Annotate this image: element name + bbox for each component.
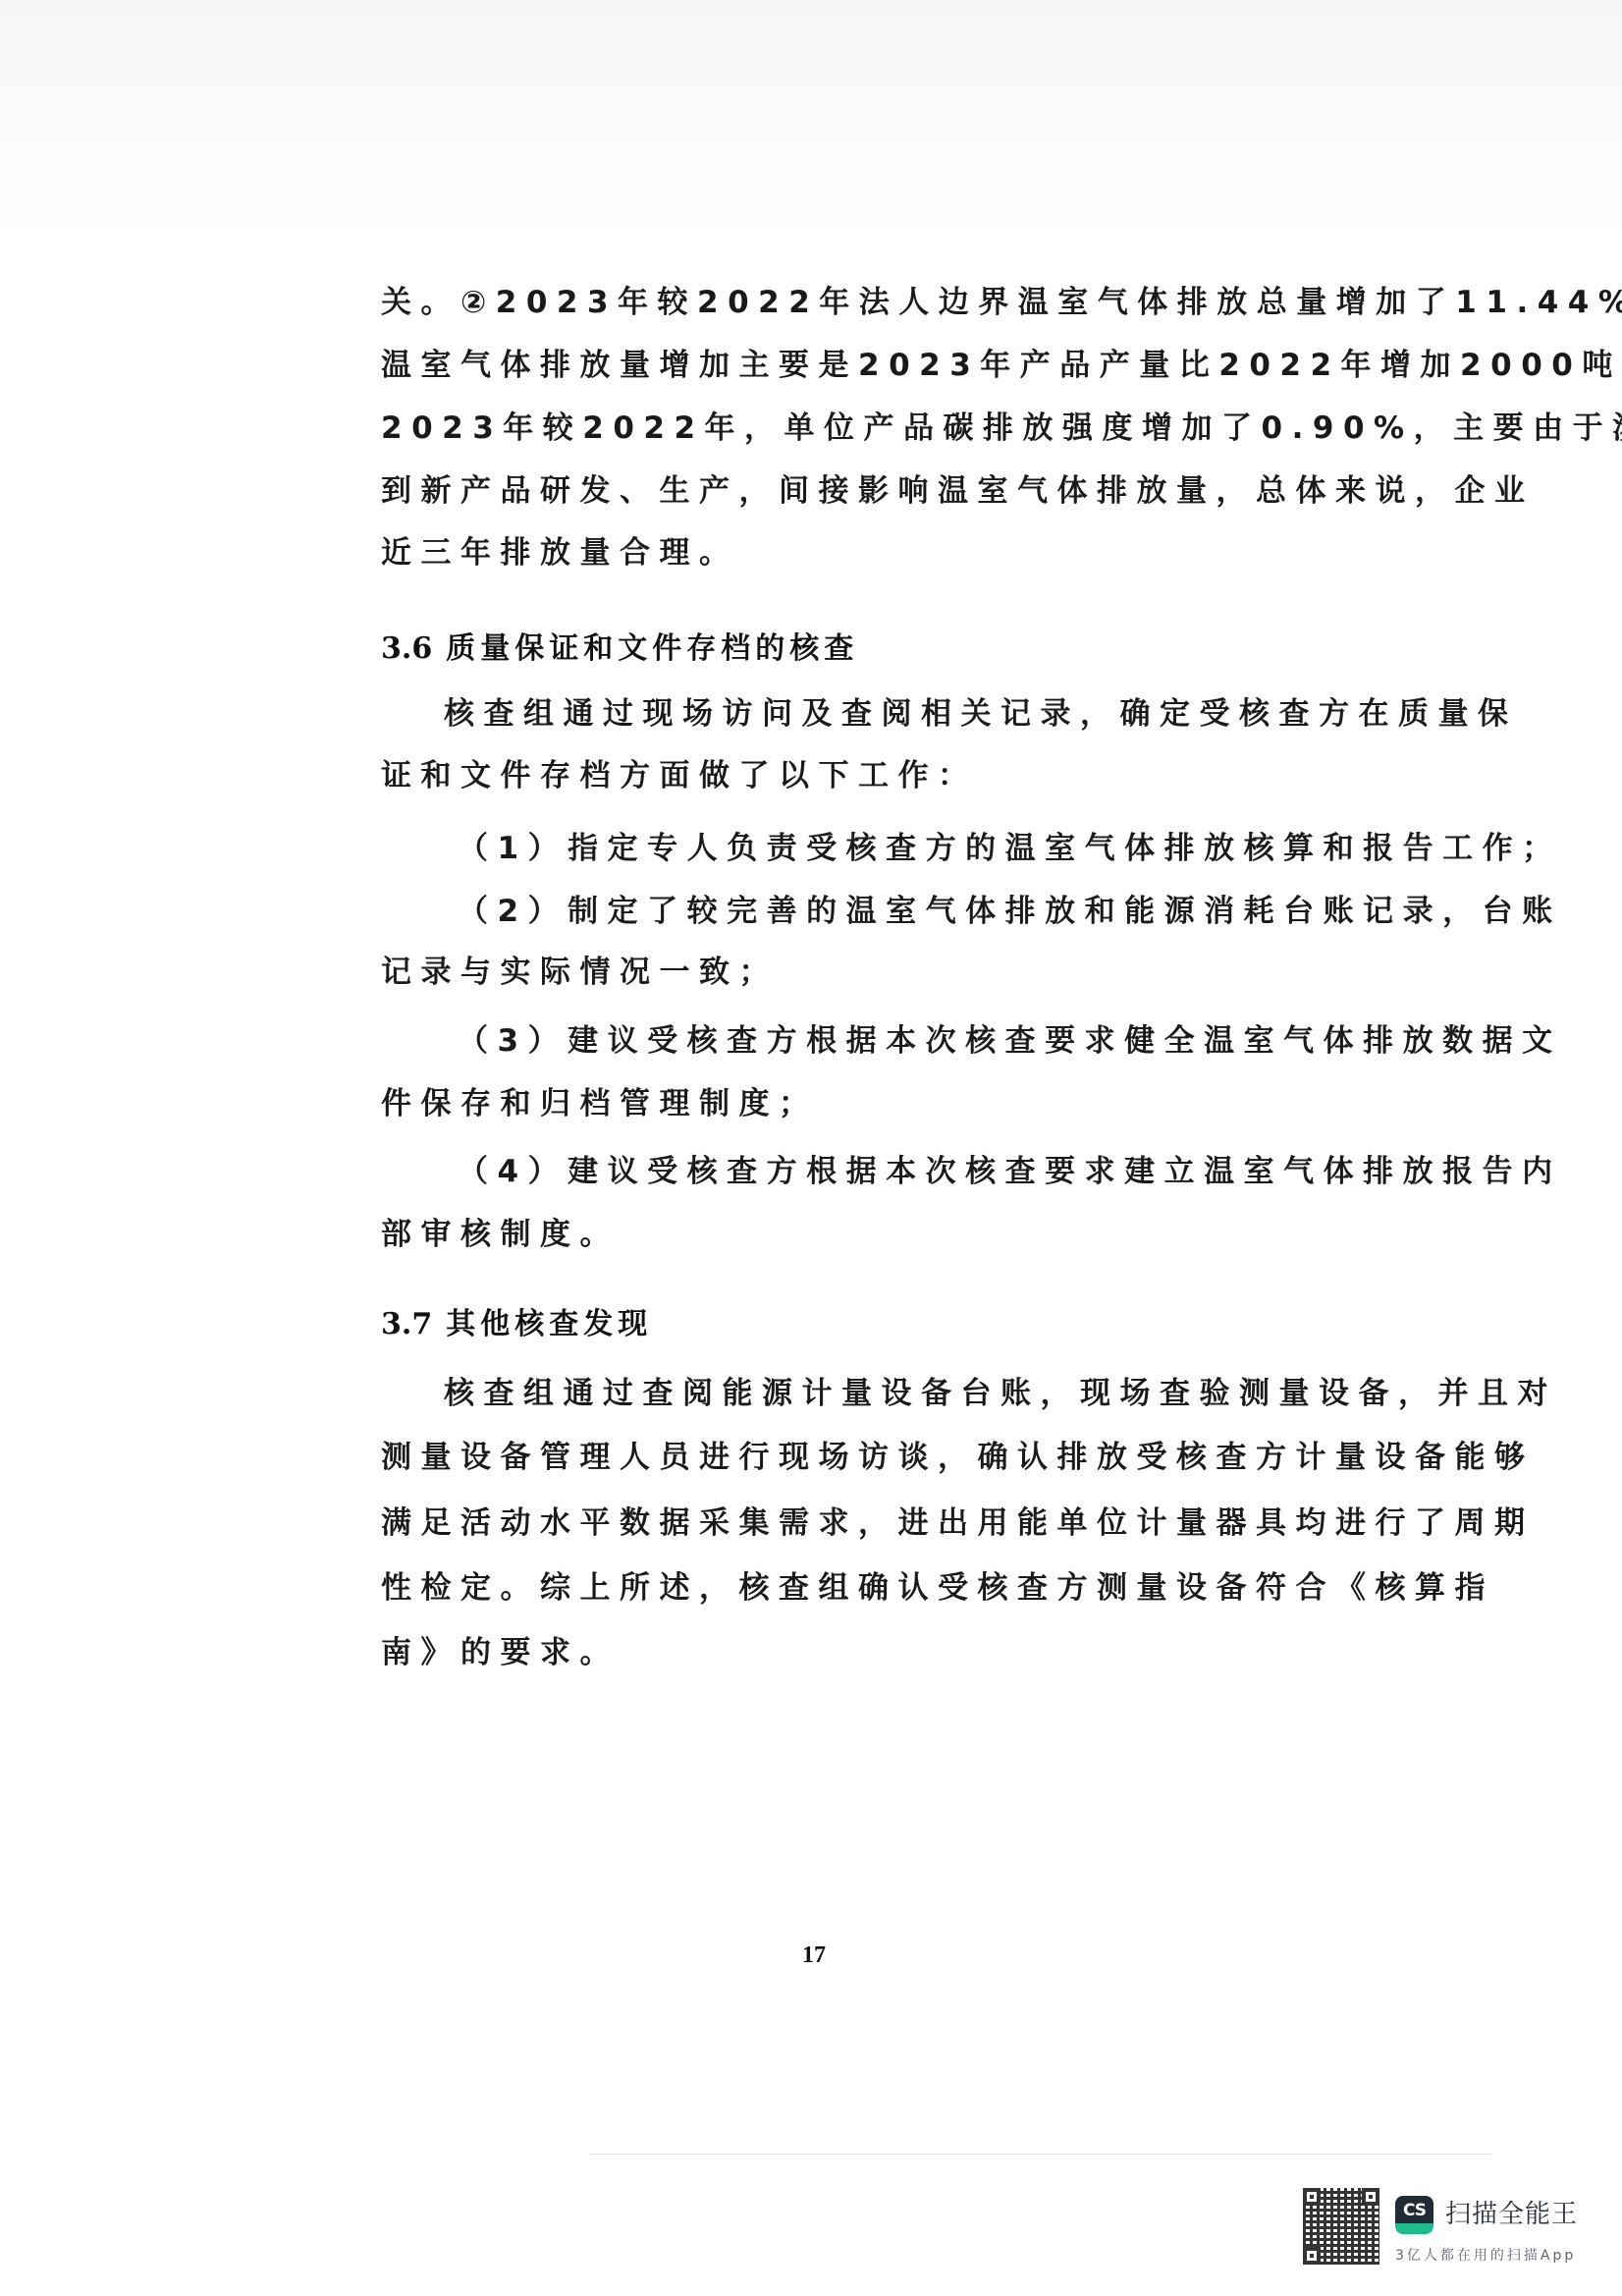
brand-name: 扫描全能王 [1445, 2200, 1578, 2229]
body-line: 温室气体排放量增加主要是2023年产品产量比2022年增加2000吨； [381, 346, 1324, 385]
section-title: 质量保证和文件存档的核查 [446, 631, 858, 666]
list-item-1: （1）指定专人负责受核查方的温室气体排放核算和报告工作； [458, 829, 1400, 868]
list-item-4-cont: 部审核制度。 [381, 1215, 1324, 1254]
section-title: 其他核查发现 [446, 1307, 652, 1341]
scan-shading [0, 0, 1622, 236]
footer-divider [589, 2154, 1492, 2155]
camscanner-logo-icon: CS [1395, 2196, 1433, 2234]
list-item-2: （2）制定了较完善的温室气体排放和能源消耗台账记录，台账 [458, 892, 1400, 931]
document-page: 关。②2023年较2022年法人边界温室气体排放总量增加了11.44%， 温室气… [0, 0, 1622, 2296]
list-item-3-cont: 件保存和归档管理制度； [381, 1084, 1324, 1123]
camscanner-watermark: CS 扫描全能王 3亿人都在用的扫描App [1303, 2188, 1597, 2267]
brand-tagline: 3亿人都在用的扫描App [1395, 2247, 1576, 2265]
qr-code-icon [1303, 2188, 1379, 2265]
body-line: 到新产品研发、生产，间接影响温室气体排放量，总体来说，企业 [381, 471, 1324, 511]
body-line: 近三年排放量合理。 [381, 533, 1324, 573]
body-line: 测量设备管理人员进行现场访谈，确认排放受核查方计量设备能够 [381, 1438, 1324, 1477]
section-number: 3.7 [381, 1307, 432, 1341]
section-heading-3-7: 3.7其他核查发现 [381, 1305, 652, 1344]
list-item-4: （4）建议受核查方根据本次核查要求建立温室气体排放报告内 [458, 1152, 1400, 1191]
body-line: 证和文件存档方面做了以下工作： [381, 756, 1324, 795]
body-line: 关。②2023年较2022年法人边界温室气体排放总量增加了11.44%， [381, 283, 1324, 322]
section-number: 3.6 [381, 631, 432, 666]
body-line: 满足活动水平数据采集需求，进出用能单位计量器具均进行了周期 [381, 1503, 1324, 1543]
list-item-2-cont: 记录与实际情况一致； [381, 953, 1324, 992]
list-item-3: （3）建议受核查方根据本次核查要求健全温室气体排放数据文 [458, 1021, 1400, 1061]
body-line: 2023年较2022年，单位产品碳排放强度增加了0.90%，主要由于涉及 [381, 409, 1324, 448]
section-heading-3-6: 3.6质量保证和文件存档的核查 [381, 629, 858, 669]
page-number: 17 [802, 1942, 826, 1969]
body-line: 性检定。综上所述，核查组确认受核查方测量设备符合《核算指 [381, 1568, 1324, 1608]
body-line: 南》的要求。 [381, 1633, 1324, 1672]
body-line: 核查组通过现场访问及查阅相关记录，确定受核查方在质量保 [444, 694, 1386, 734]
body-line: 核查组通过查阅能源计量设备台账，现场查验测量设备，并且对 [444, 1374, 1386, 1413]
